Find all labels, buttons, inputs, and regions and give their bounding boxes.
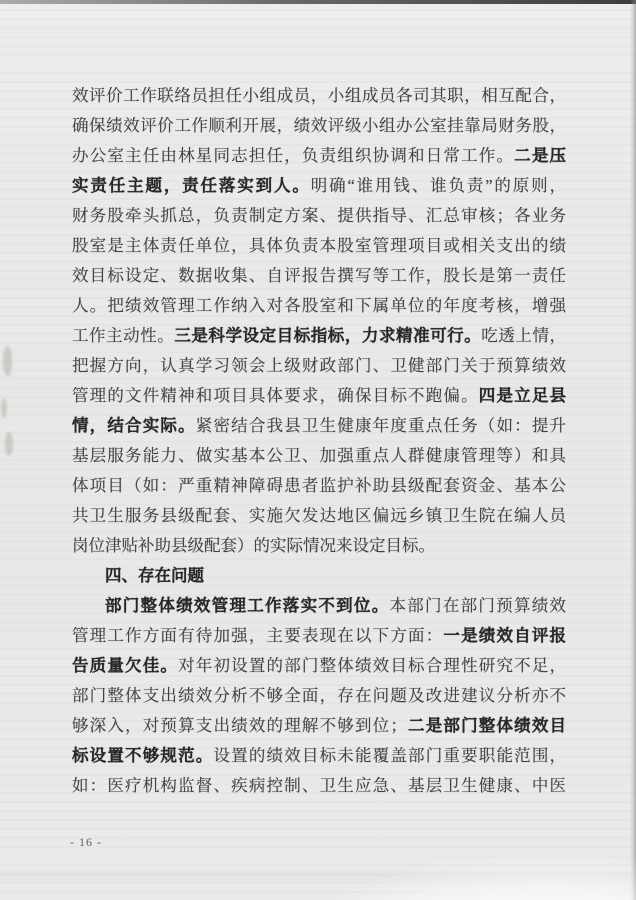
text-line: 部门整体绩效管理工作落实不到位。本部门在部门预算绩效 [72, 591, 566, 621]
bold-text-run: 一是绩效自评报 [443, 626, 566, 645]
text-line: 部门整体支出绩效分析不够全面，存在问题及改进建议分析亦不 [72, 681, 566, 711]
text-line: 管理工作方面有待加强，主要表现在以下方面：一是绩效自评报 [72, 621, 566, 651]
bold-text-run: 实责任主题，责任落实到人。 [72, 176, 311, 195]
text-run: 设置的绩效目标未能覆盖部门重要职能范围， [213, 746, 566, 765]
text-line: 效目标设定、数据收集、自评报告撰写等工作，股长是第一责任 [72, 261, 566, 291]
text-run: 管理的文件精神和项目具体要求，确保目标不跑偏。 [72, 386, 479, 405]
text-line: 实责任主题，责任落实到人。明确“谁用钱、谁负责”的原则， [72, 171, 566, 201]
text-run: 管理工作方面有待加强，主要表现在以下方面： [72, 626, 443, 645]
bold-text-run: 四、存在问题 [105, 566, 204, 585]
bold-text-run: 情，结合实际。 [72, 416, 196, 435]
bold-text-run: 标设置不够规范。 [72, 746, 213, 765]
bold-text-run: 三是科学设定目标指标，力求精准可行。 [174, 326, 481, 345]
text-run: 把握方向，认真学习领会上级财政部门、卫健部门关于预算绩效 [72, 356, 566, 375]
bold-text-run: 四是立足县 [479, 386, 566, 405]
scan-edge-right [630, 0, 636, 900]
page-corner-highlight [296, 840, 636, 900]
scanned-document-page: 效评价工作联络员担任小组成员，小组成员各司其职，相互配合，确保绩效评价工作顺利开… [0, 0, 636, 900]
bold-text-run: 部门整体绩效管理工作落实不到位。 [105, 596, 389, 615]
ink-smudge [1, 398, 7, 418]
text-run: 够深入，对预算支出绩效的理解不够到位； [72, 716, 407, 735]
text-run: 明确“谁用钱、谁负责”的原则， [311, 176, 566, 195]
text-run: 人。把绩效管理工作纳入对各股室和下属单位的年度考核，增强 [72, 296, 566, 315]
text-line: 共卫生服务县级配套、实施欠发达地区偏远乡镇卫生院在编人员 [72, 501, 566, 531]
text-line: 工作主动性。三是科学设定目标指标，力求精准可行。吃透上情， [72, 321, 566, 351]
bold-text-run: 二是压 [514, 146, 566, 165]
text-run: 效目标设定、数据收集、自评报告撰写等工作，股长是第一责任 [72, 266, 566, 285]
text-line: 财务股牵头抓总，负责制定方案、提供指导、汇总审核；各业务 [72, 201, 566, 231]
page-number: - 16 - [70, 835, 102, 849]
scan-edge-top [0, 0, 636, 4]
text-line: 标设置不够规范。设置的绩效目标未能覆盖部门重要职能范围， [72, 741, 566, 771]
text-line: 情，结合实际。紧密结合我县卫生健康年度重点任务（如：提升 [72, 411, 566, 441]
text-run: 财务股牵头抓总，负责制定方案、提供指导、汇总审核；各业务 [72, 206, 566, 225]
text-line: 效评价工作联络员担任小组成员，小组成员各司其职，相互配合， [72, 81, 566, 111]
bold-text-run: 告质量欠佳。 [72, 656, 178, 675]
text-run: 岗位津贴补助县级配套）的实际情况来设定目标。 [72, 536, 435, 555]
text-line: 告质量欠佳。对年初设置的部门整体绩效目标合理性研究不足， [72, 651, 566, 681]
text-run: 体项目（如：严重精神障碍患者监护补助县级配套资金、基本公 [72, 476, 566, 495]
text-line: 把握方向，认真学习领会上级财政部门、卫健部门关于预算绩效 [72, 351, 566, 381]
text-line: 够深入，对预算支出绩效的理解不够到位；二是部门整体绩效目 [72, 711, 566, 741]
document-text: 效评价工作联络员担任小组成员，小组成员各司其职，相互配合，确保绩效评价工作顺利开… [72, 81, 566, 801]
text-line: 四、存在问题 [72, 561, 566, 591]
text-line: 确保绩效评价工作顺利开展，绩效评级小组办公室挂靠局财务股， [72, 111, 566, 141]
text-run: 如：医疗机构监督、疾病控制、卫生应急、基层卫生健康、中医 [72, 776, 566, 795]
text-line: 基层服务能力、做实基本公卫、加强重点人群健康管理等）和具 [72, 441, 566, 471]
text-run: 部门整体支出绩效分析不够全面，存在问题及改进建议分析亦不 [72, 686, 566, 705]
text-line: 如：医疗机构监督、疾病控制、卫生应急、基层卫生健康、中医 [72, 771, 566, 801]
text-run: 紧密结合我县卫生健康年度重点任务（如：提升 [196, 416, 566, 435]
bold-text-run: 二是部门整体绩效目 [407, 716, 566, 735]
text-line: 股室是主体责任单位，具体负责本股室管理项目或相关支出的绩 [72, 231, 566, 261]
text-run: 吃透上情， [481, 326, 566, 345]
text-run: 工作主动性。 [72, 326, 174, 345]
ink-smudge [5, 432, 13, 456]
text-line: 体项目（如：严重精神障碍患者监护补助县级配套资金、基本公 [72, 471, 566, 501]
text-run: 基层服务能力、做实基本公卫、加强重点人群健康管理等）和具 [72, 446, 566, 465]
text-run: 办公室主任由林星同志担任，负责组织协调和日常工作。 [72, 146, 514, 165]
text-line: 管理的文件精神和项目具体要求，确保目标不跑偏。四是立足县 [72, 381, 566, 411]
text-run: 确保绩效评价工作顺利开展，绩效评级小组办公室挂靠局财务股， [72, 116, 566, 135]
text-run: 共卫生服务县级配套、实施欠发达地区偏远乡镇卫生院在编人员 [72, 506, 566, 525]
text-run: 股室是主体责任单位，具体负责本股室管理项目或相关支出的绩 [72, 236, 566, 255]
text-line: 人。把绩效管理工作纳入对各股室和下属单位的年度考核，增强 [72, 291, 566, 321]
text-line: 办公室主任由林星同志担任，负责组织协调和日常工作。二是压 [72, 141, 566, 171]
ink-smudge [3, 346, 12, 376]
text-run: 对年初设置的部门整体绩效目标合理性研究不足， [178, 656, 566, 675]
text-line: 岗位津贴补助县级配套）的实际情况来设定目标。 [72, 531, 566, 561]
text-run: 效评价工作联络员担任小组成员，小组成员各司其职，相互配合， [72, 86, 566, 105]
text-run: 本部门在部门预算绩效 [389, 596, 566, 615]
